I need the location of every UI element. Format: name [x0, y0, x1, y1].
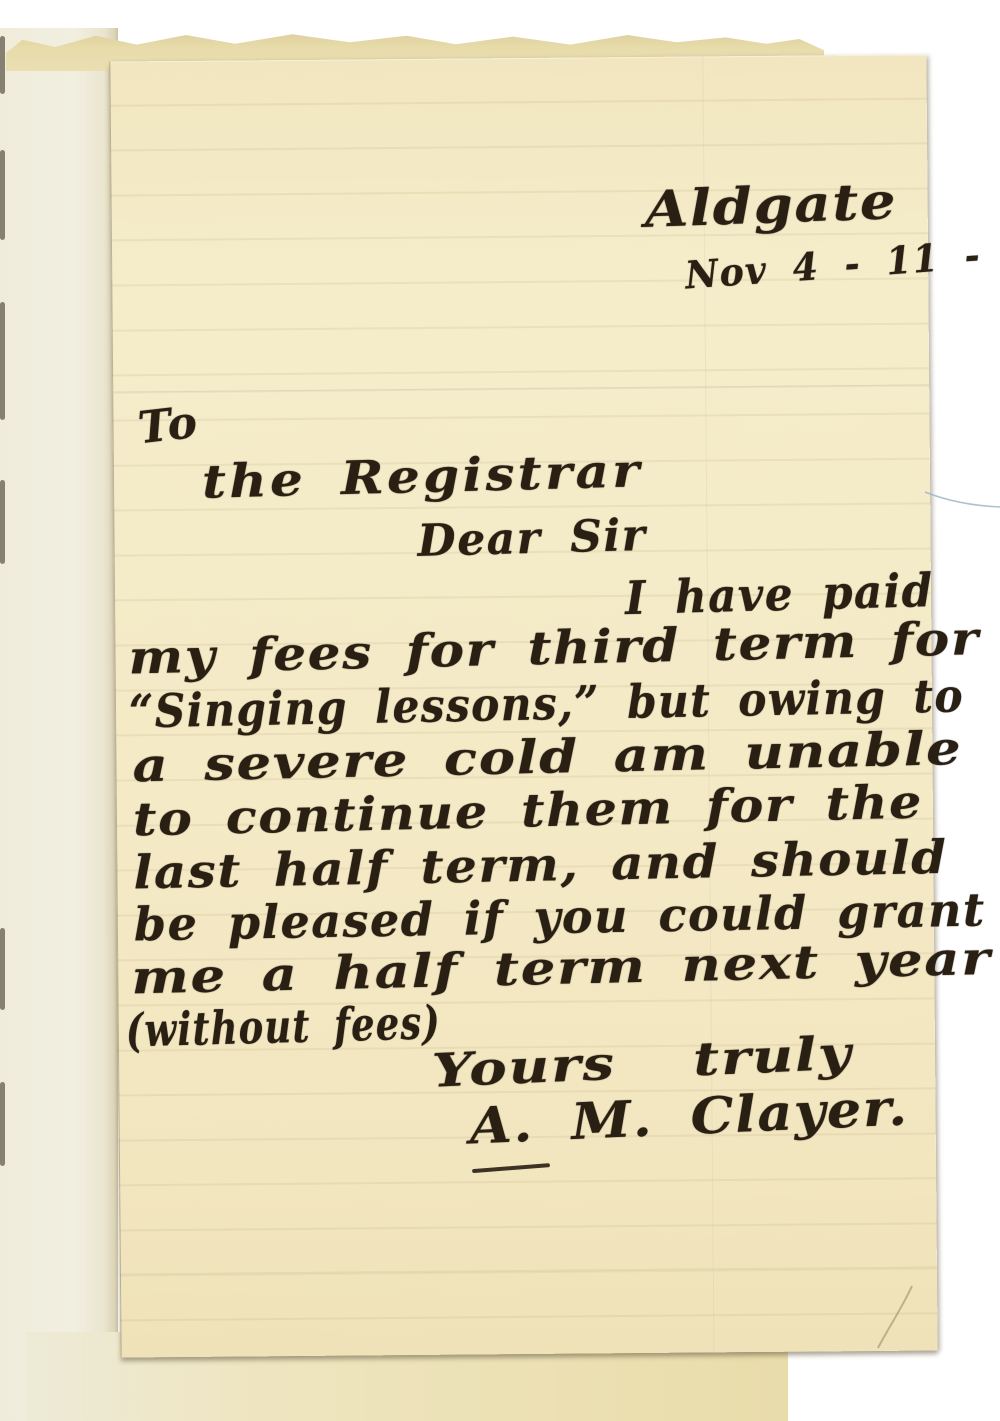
binding-edge-mark: [0, 480, 5, 564]
binding-edge-mark: [0, 302, 5, 420]
salutation-line: Dear Sir: [417, 514, 647, 564]
scanned-page: Aldgate Nov 4 - 11 - 03. To the Registra…: [0, 0, 1000, 1421]
letter-body-line: (without fees): [125, 999, 441, 1053]
signature-underline: [472, 1163, 550, 1173]
place-line: Aldgate: [644, 176, 898, 235]
signature-line: A. M. Clayer.: [469, 1082, 910, 1151]
date-line: Nov 4 - 11 - 03.: [684, 229, 1000, 294]
binding-edge-mark: [0, 1082, 5, 1166]
scanner-hair-mark: [922, 478, 1000, 520]
address-recipient-line: the Registrar: [201, 447, 643, 505]
fold-crease-horizontal: [121, 1266, 937, 1276]
fold-crease-horizontal: [113, 384, 929, 394]
binding-edge-mark: [0, 928, 5, 1010]
address-to-line: To: [136, 401, 201, 452]
binding-edge-mark: [0, 150, 5, 240]
paper-scratch-mark: [872, 1282, 920, 1354]
binding-edge-mark: [0, 36, 5, 94]
book-facing-page: [0, 28, 118, 1421]
letter-sheet: Aldgate Nov 4 - 11 - 03. To the Registra…: [109, 54, 937, 1357]
